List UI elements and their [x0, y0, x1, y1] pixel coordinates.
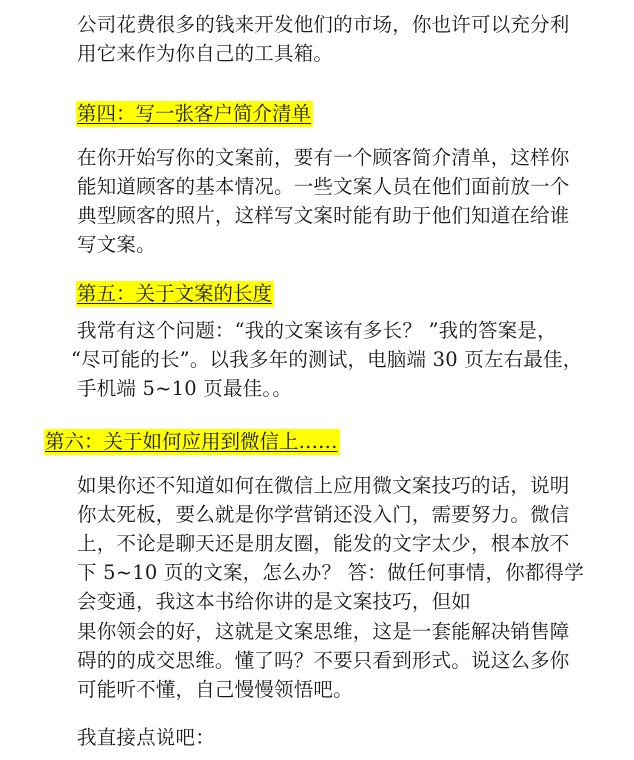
text-line: 在你开始写你的文案前，要有一个顾客简介清单，这样你	[77, 143, 597, 172]
text-line: 手机端 5~10 页最佳。。	[77, 374, 597, 403]
text-line: 我常有这个问题：“我的文案该有多长？ ”我的答案是，	[77, 316, 597, 345]
heading-section-4: 第四：写一张客户简介清单	[76, 101, 313, 127]
paragraph-intro: 公司花费很多的钱来开发他们的市场，你也许可以充分利 用它来作为你自己的工具箱。	[77, 10, 597, 68]
heading-section-6: 第六：关于如何应用到微信上……	[44, 429, 340, 455]
text-line: 碍的的成交思维。懂了吗？不要只看到形式。说这么多你	[77, 646, 597, 675]
text-line: 下 5~10 页的文案，怎么办？ 答：做任何事情，你都得学	[77, 558, 597, 587]
text-line: 上，不论是聊天还是朋友圈，能发的文字太少，根本放不	[77, 529, 597, 558]
text-line: 公司花费很多的钱来开发他们的市场，你也许可以充分利	[77, 10, 597, 39]
text-line: 写文案。	[77, 230, 597, 259]
paragraph-section-6a: 如果你还不知道如何在微信上应用微文案技巧的话，说明 你太死板，要么就是你学营销还…	[77, 471, 597, 616]
heading-section-5: 第五：关于文案的长度	[76, 281, 274, 307]
paragraph-last: 我直接点说吧：	[77, 723, 597, 752]
text-line: 如果你还不知道如何在微信上应用微文案技巧的话，说明	[77, 471, 597, 500]
text-line: 能知道顾客的基本情况。一些文案人员在他们面前放一个	[77, 172, 597, 201]
text-line: 果你领会的好，这就是文案思维，这是一套能解决销售障	[77, 617, 597, 646]
text-line: 典型顾客的照片，这样写文案时能有助于他们知道在给谁	[77, 201, 597, 230]
paragraph-section-5: 我常有这个问题：“我的文案该有多长？ ”我的答案是， “尽可能的长”。以我多年的…	[77, 316, 597, 403]
text-line: “尽可能的长”。以我多年的测试，电脑端 30 页左右最佳，	[71, 345, 597, 374]
text-line: 会变通，我这本书给你讲的是文案技巧，但如	[77, 587, 597, 616]
text-line: 用它来作为你自己的工具箱。	[77, 39, 597, 68]
text-line: 可能听不懂，自己慢慢领悟吧。	[77, 675, 597, 704]
paragraph-section-6b: 果你领会的好，这就是文案思维，这是一套能解决销售障 碍的的成交思维。懂了吗？不要…	[77, 617, 597, 704]
paragraph-section-4: 在你开始写你的文案前，要有一个顾客简介清单，这样你 能知道顾客的基本情况。一些文…	[77, 143, 597, 259]
text-line: 你太死板，要么就是你学营销还没入门，需要努力。微信	[77, 500, 597, 529]
